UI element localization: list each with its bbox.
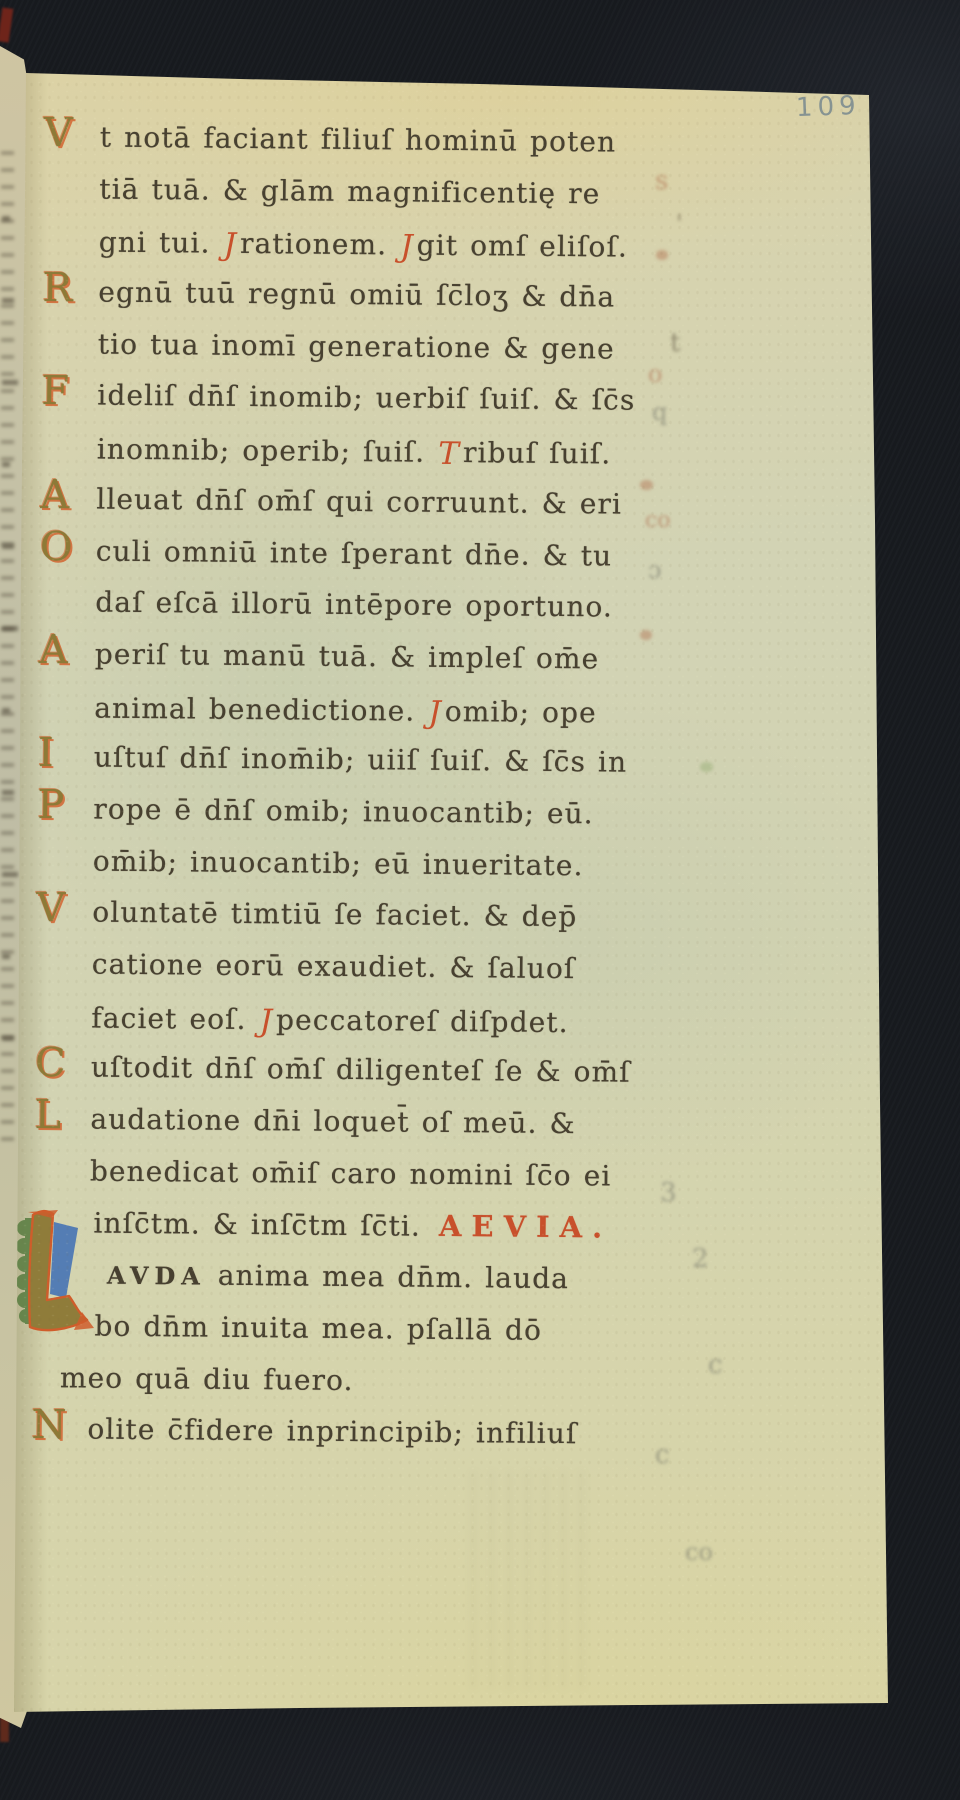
book-spine-fragment: [0, 7, 13, 42]
facing-page-text-blur: [2, 1036, 14, 1041]
text-segment: tiā tuā. & glām magnificentię re: [99, 172, 600, 210]
rubric-letter: J: [223, 227, 237, 263]
bleed-through-mark: c: [708, 1352, 723, 1378]
versal-initial: L: [34, 1095, 62, 1135]
versal-initial: A: [39, 630, 69, 670]
manuscript-line: Nolite c̄fidere inprincipib; infiliuſ: [29, 1412, 689, 1470]
facing-page-text-blur: [2, 954, 10, 959]
bleed-through-mark: [640, 480, 653, 490]
versal-initial: P: [37, 785, 65, 825]
bleed-through-mark: s: [655, 168, 668, 194]
text-segment: rationem.: [240, 227, 399, 262]
versal-initial: I: [38, 733, 55, 773]
manuscript-line: inomnib; operib; ſuiſ. Tribuſ ſuiſ.: [39, 430, 699, 488]
versal-initial: O: [40, 527, 74, 567]
manuscript-line: Oculi omniū inte ſperant dn̄e. & tu: [38, 533, 698, 591]
manuscript-line: Prope ē dn̄ſ omib; inuocantib; eū.: [35, 792, 695, 850]
text-segment: lleuat dn̄ſ om̄ſ qui corruunt. & eri: [96, 482, 622, 520]
text-segment: ribuſ ſuiſ.: [463, 436, 612, 470]
manuscript-line: meo quā diu fuero.: [30, 1360, 690, 1418]
text-segment: olite c̄fidere inprincipib; infiliuſ: [87, 1413, 577, 1451]
text-segment: audatione dn̄i loquet̄ oſ meū. &: [90, 1103, 576, 1141]
manuscript-line: bo dn̄m inuita mea. pſallā dō: [30, 1309, 690, 1367]
versal-initial: F: [41, 371, 70, 411]
text-segment: anima mea dn̄m. lauda: [206, 1259, 569, 1295]
text-segment: gni tui.: [99, 226, 223, 260]
bleed-through-mark: co: [645, 510, 671, 532]
facing-page-text-blur: [2, 790, 14, 795]
versal-initial: C: [35, 1043, 67, 1083]
versal-initial: V: [44, 113, 74, 153]
manuscript-line: benedicat om̄iſ caro nomini ſc̄o ei: [32, 1154, 692, 1212]
folio-number: 109: [795, 91, 861, 123]
versal-initial: N: [31, 1405, 67, 1445]
versal-initial: R: [42, 268, 74, 308]
facing-page-text-blur: [2, 708, 10, 713]
text-segment: rope ē dn̄ſ omib; inuocantib; eū.: [93, 792, 594, 830]
facing-page-text-blur: [2, 216, 10, 221]
text-segment: inſc̄tm. & inſc̄tm ſc̄ti.: [93, 1207, 421, 1243]
text-segment: catione eorū exaudiet. & ſaluoſ: [92, 948, 576, 986]
bleed-through-mark: t: [670, 330, 680, 356]
text-segment: om̄ib; inuocantib; eū inueritate.: [93, 844, 584, 882]
manuscript-line: Regnū tuū regnū omiū ſc̄loʒ & dn̄a: [40, 275, 700, 333]
text-segment: egnū tuū regnū omiū ſc̄loʒ & dn̄a: [98, 276, 615, 314]
bleed-through-mark: c: [655, 1442, 670, 1468]
manuscript-line: Aperiſ tu manū tuā. & impleſ om̄e: [37, 637, 697, 695]
show-through-smudge: [470, 1470, 590, 1690]
psalm-text-block: Vt notā faciant filiuſ hominū potentiā t…: [29, 120, 702, 1470]
text-segment: daſ eſcā illorū intēpore oportuno.: [95, 586, 613, 624]
rustic-capitals: AVDA: [107, 1261, 206, 1291]
bleed-through-mark: [700, 762, 713, 772]
manuscript-line: Alleuat dn̄ſ om̄ſ qui corruunt. & eri: [38, 482, 698, 540]
facing-page-text-blur: [2, 380, 18, 385]
bleed-through-mark: ': [676, 212, 683, 236]
manuscript-line: gni tui. Jrationem. Jgit omſ eliſoſ.: [41, 223, 701, 281]
bleed-through-mark: 3: [660, 1180, 677, 1206]
rubric-letter: J: [400, 229, 414, 265]
bleed-through-mark: [640, 630, 652, 640]
text-segment: git omſ eliſoſ.: [417, 229, 628, 264]
manuscript-line: Laudatione dn̄i loquet̄ oſ meū. &: [32, 1102, 692, 1160]
manuscript-line: AVDA anima mea dn̄m. lauda: [31, 1257, 691, 1315]
text-segment: meo quā diu fuero.: [60, 1361, 354, 1397]
rubric-letter: T: [438, 436, 460, 472]
rubric-letter: J: [428, 694, 442, 730]
text-segment: oluntatē timtiū ſe faciet. & dep̄: [92, 896, 577, 934]
text-segment: faciet eoſ.: [91, 1001, 259, 1036]
manuscript-line: faciet eoſ. Jpeccatoreſ diſpdet.: [33, 999, 693, 1057]
manuscript-line: animal benedictione. Jomib; ope: [36, 689, 696, 747]
text-segment: omib; ope: [445, 694, 597, 728]
facing-page-text-blur: [2, 298, 14, 303]
illuminated-initial-graphic: [16, 1206, 96, 1340]
versal-initial: A: [40, 475, 70, 515]
text-segment: bo dn̄m inuita mea. pſallā dō: [94, 1309, 542, 1346]
illuminated-initial-L: [16, 1206, 96, 1340]
text-segment: periſ tu manū tuā. & impleſ om̄e: [95, 637, 600, 675]
manuscript-line: inſc̄tm. & inſc̄tm ſc̄ti.AEVIA.: [31, 1205, 691, 1263]
manuscript-line: Fideliſ dn̄ſ inomib; uerbiſ ſuiſ. & ſc̄s: [39, 378, 699, 436]
manuscript-line: catione eorū exaudiet. & ſaluoſ: [34, 947, 694, 1005]
text-segment: tio tua inomī generatione & gene: [98, 327, 615, 365]
bleed-through-mark: co: [685, 1540, 713, 1564]
text-segment: culi omniū inte ſperant dn̄e. & tu: [96, 534, 613, 572]
manuscript-line: Cuſtodit dn̄ſ om̄ſ diligenteſ ſe & om̄ſ: [33, 1050, 693, 1108]
manuscript-line: Iuſtuſ dn̄ſ inom̄ib; uiiſ ſuiſ. & ſc̄s i…: [36, 740, 696, 798]
manuscript-page: 109 Vt notā faciant filiuſ hominū potent…: [0, 0, 960, 1800]
manuscript-line: tiā tuā. & glām magnificentię re: [41, 172, 701, 230]
text-segment: peccatoreſ diſpdet.: [276, 1003, 569, 1039]
text-segment: inomnib; operib; ſuiſ.: [97, 433, 438, 469]
text-segment: uſtodit dn̄ſ om̄ſ diligenteſ ſe & om̄ſ: [91, 1051, 631, 1089]
manuscript-line: om̄ib; inuocantib; eū inueritate.: [35, 844, 695, 902]
text-segment: ideliſ dn̄ſ inomib; uerbiſ ſuiſ. & ſc̄s: [97, 379, 635, 417]
bleed-through-mark: o: [648, 362, 662, 386]
text-segment: benedicat om̄iſ caro nomini ſc̄o ei: [90, 1154, 612, 1192]
bleed-through-mark: [656, 250, 668, 260]
manuscript-line: Voluntatē timtiū ſe faciet. & dep̄: [34, 895, 694, 953]
rubric-letter: J: [259, 1003, 273, 1039]
text-segment: t notā faciant filiuſ hominū poten: [100, 121, 617, 159]
alleluia-rubric: AEVIA.: [439, 1209, 613, 1245]
versal-initial: V: [36, 888, 66, 928]
facing-page-text-blur: [2, 462, 10, 467]
text-segment: animal benedictione.: [94, 691, 427, 727]
manuscript-photo: 109 Vt notā faciant filiuſ hominū potent…: [0, 0, 960, 1800]
manuscript-line: Vt notā faciant filiuſ hominū poten: [42, 120, 702, 178]
facing-page-text-blur: [2, 872, 18, 877]
bleed-through-mark: 2: [692, 1246, 709, 1272]
bleed-through-mark: q: [652, 400, 667, 424]
bleed-through-mark: ɔ: [648, 558, 661, 582]
facing-page-text-blur: [2, 626, 18, 631]
manuscript-line: daſ eſcā illorū intēpore oportuno.: [37, 585, 697, 643]
text-segment: uſtuſ dn̄ſ inom̄ib; uiiſ ſuiſ. & ſc̄s in: [94, 741, 628, 779]
manuscript-line: tio tua inomī generatione & gene: [40, 327, 700, 385]
facing-page-text-blur: [2, 544, 14, 549]
